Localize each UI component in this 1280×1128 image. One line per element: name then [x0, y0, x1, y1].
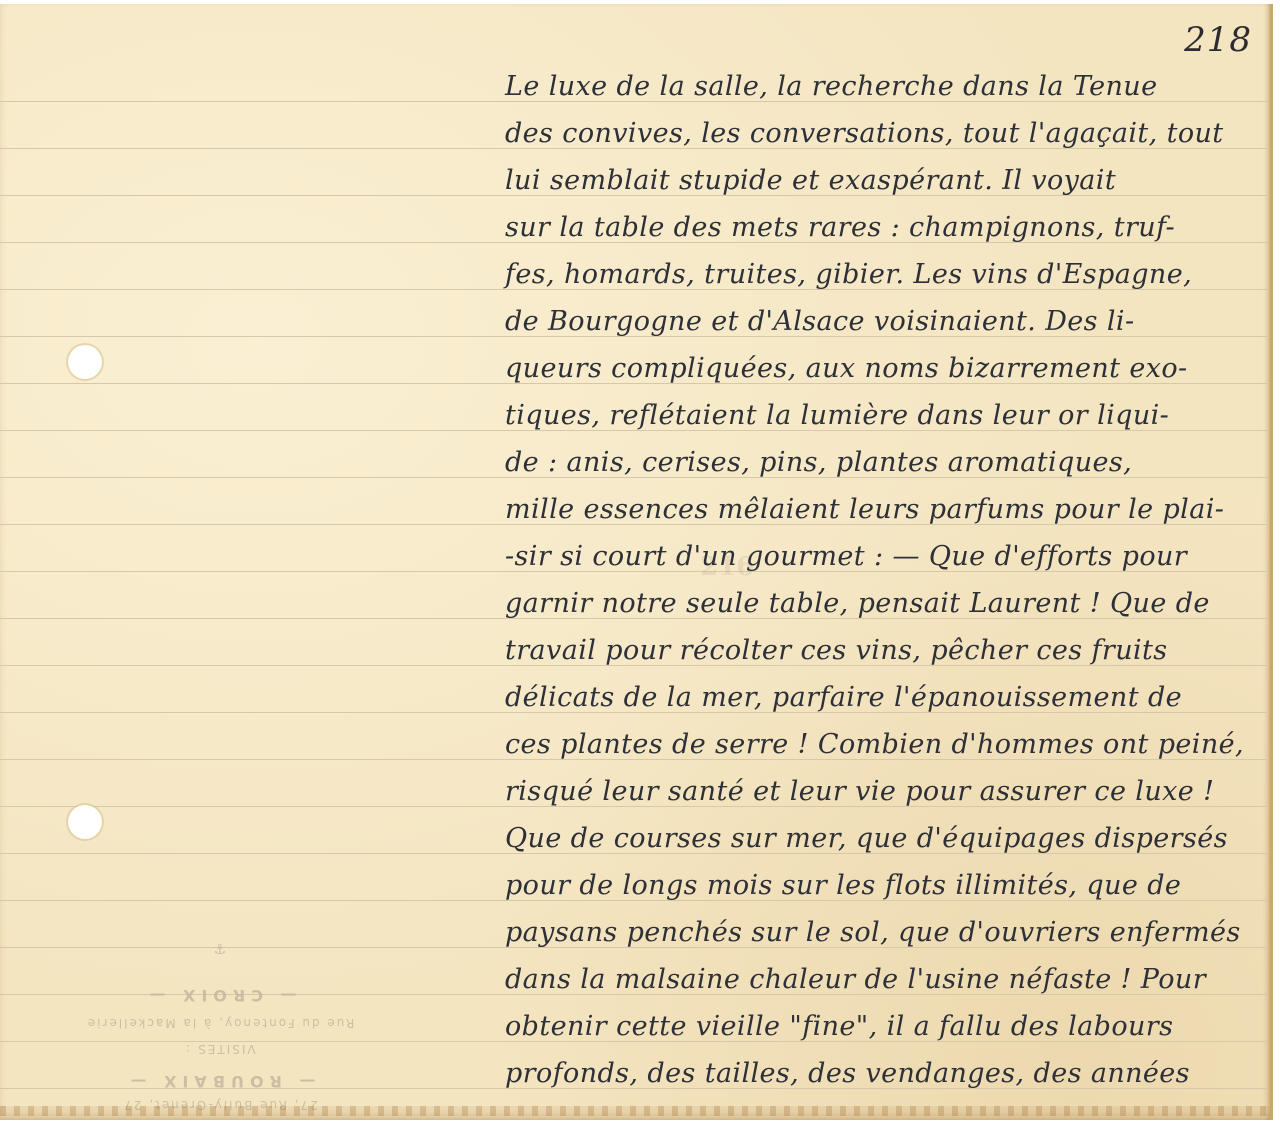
stamp-town-roubaix: — ROUBAIX —: [70, 1072, 370, 1091]
text-line: travail pour récolter ces vins, pêcher c…: [505, 634, 1168, 668]
text-line: de Bourgogne et d'Alsace voisinaient. De…: [505, 305, 1135, 339]
text-line: mille essences mêlaient leurs parfums po…: [505, 493, 1224, 527]
torn-bottom-edge: [0, 1106, 1270, 1116]
text-line: risqué leur santé et leur vie pour assur…: [505, 775, 1214, 809]
anchor-icon: ⚓: [70, 942, 370, 958]
text-line: obtenir cette vieille "fine", il a fallu…: [505, 1010, 1173, 1044]
text-line: délicats de la mer, parfaire l'épanouiss…: [505, 681, 1182, 715]
text-line: de : anis, cerises, pins, plantes aromat…: [505, 446, 1132, 480]
text-line: Le luxe de la salle, la recherche dans l…: [505, 70, 1157, 104]
text-line: profonds, des tailles, des vendanges, de…: [505, 1057, 1190, 1091]
text-line: -sir si court d'un gourmet : — Que d'eff…: [505, 540, 1187, 574]
text-line: ces plantes de serre ! Combien d'hommes …: [505, 728, 1244, 762]
text-line: fes, homards, truites, gibier. Les vins …: [505, 258, 1192, 292]
punch-hole-bottom: [68, 805, 102, 839]
stamp-town-croix: — CROIX —: [70, 986, 370, 1005]
text-line: Que de courses sur mer, que d'équipages …: [505, 822, 1228, 856]
text-line: sur la table des mets rares : champignon…: [505, 211, 1175, 245]
text-line: paysans penchés sur le sol, que d'ouvrie…: [505, 916, 1241, 950]
text-line: lui semblait stupide et exaspérant. Il v…: [505, 164, 1116, 198]
punch-hole-top: [68, 345, 102, 379]
text-line: garnir notre seule table, pensait Lauren…: [505, 587, 1210, 621]
notebook-page: 218 216 Le luxe de la salle, la recherch…: [0, 4, 1273, 1120]
text-line: des convives, les conversations, tout l'…: [505, 117, 1224, 151]
text-line: queurs compliquées, aux noms bizarrement…: [505, 352, 1188, 386]
text-line: pour de longs mois sur les flots illimit…: [505, 869, 1181, 903]
page-number: 218: [1184, 20, 1252, 60]
stamp-visites-label: VISITES :: [70, 1042, 370, 1056]
stamp-street-croix: Rue du Fontenoy, à la Mackellerie: [70, 1016, 370, 1030]
text-line: tiques, reflétaient la lumière dans leur…: [505, 399, 1169, 433]
text-line: dans la malsaine chaleur de l'usine néfa…: [505, 963, 1206, 997]
